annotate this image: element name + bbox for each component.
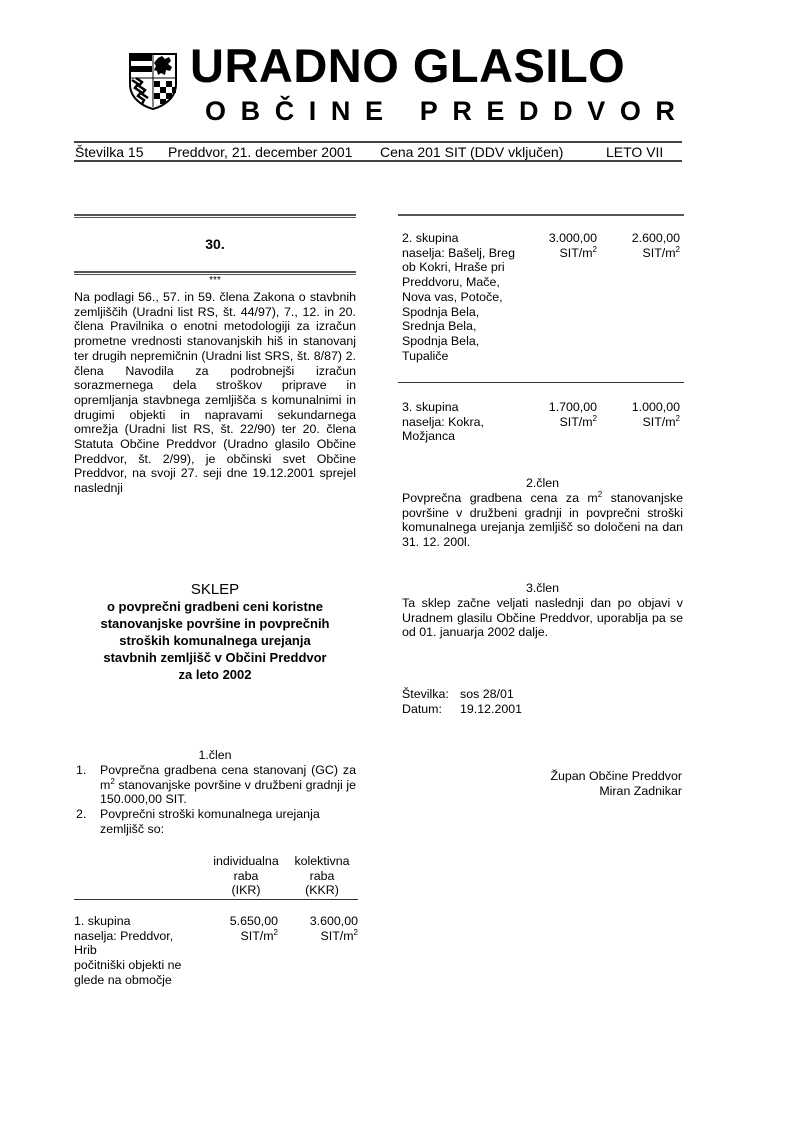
item-text: stanovanjske površine v družbeni gradnji… [100,778,356,807]
list-item: 2. Povprečni stroški komunalnega urejanj… [74,807,356,836]
reference-number-value: sos 28/01 [460,687,514,701]
reference-block: Številka:sos 28/01 Datum:19.12.2001 [402,687,602,716]
item-number: 2. [76,807,86,822]
clen3-text: Ta sklep začne veljati naslednji dan po … [402,596,683,640]
decision-subtitle-line: za leto 2002 [74,666,356,683]
list-item: 1. Povprečna gradbena cena stanovanj (GC… [74,763,356,807]
publication-subtitle: OBČINE PREDDVOR [205,96,690,126]
label-line: Spodnja Bela, [402,305,540,320]
signature-block: Župan Občine Preddvor Miran Zadnikar [482,769,682,798]
decision-subtitle-line: stavbnih zemljišč v Občini Preddvor [74,649,356,666]
item-number: 1. [76,763,86,778]
price-value: 3.000,00 [517,231,597,246]
label-line: počitniški objekti ne [74,958,212,973]
label-line: Spodnja Bela, [402,334,540,349]
issue-place-date: Preddvor, 21. december 2001 [168,143,352,161]
article-number: 30. [74,236,356,252]
publication-title: URADNO GLASILO [190,38,625,94]
price-value: 3.600,00 [278,914,358,929]
header-line: (IKR) [206,883,286,898]
clen3-heading: 3.člen [402,581,683,596]
coat-of-arms-icon [128,52,178,110]
price-value: 2.600,00 [600,231,680,246]
table-row: 2. skupina naselja: Bašelj, Breg ob Kokr… [402,231,684,371]
reference-date-value: 19.12.2001 [460,702,522,716]
column-header-ikr: individualna raba (IKR) [206,854,286,898]
label-line: Preddvoru, Mače, [402,275,540,290]
superscript: 2 [676,245,680,254]
header-line: individualna [206,854,286,869]
label-line: Srednja Bela, [402,319,540,334]
price-ikr: 5.650,00 SIT/m2 [198,914,278,943]
cost-table-header: individualna raba (IKR) kolektivna raba … [74,854,358,900]
label-line: Hrib [74,943,212,958]
label-line: ob Kokri, Hraše pri [402,260,540,275]
header-line: raba [206,869,286,884]
superscript: 2 [354,928,358,937]
decision-subtitle-line: o povprečni gradbeni ceni koristne [74,598,356,615]
table-rule [74,899,358,900]
clen2-heading: 2.člen [402,476,683,491]
clen2-text-part: Povprečna gradbena cena za m [402,491,598,505]
table-rule [398,382,684,383]
issue-number: Številka 15 [75,143,143,161]
column-header-kkr: kolektivna raba (KKR) [286,854,358,898]
superscript: 2 [593,414,597,423]
table-row: 3. skupina naselja: Kokra, Možjanca 1.70… [402,400,684,446]
price-value: 1.700,00 [517,400,597,415]
label-line: Tupaliče [402,349,540,364]
superscript: 2 [593,245,597,254]
clen1-list: 1. Povprečna gradbena cena stanovanj (GC… [74,763,356,837]
label-line: Nova vas, Potoče, [402,290,540,305]
double-rule [74,214,356,218]
price-kkr: 1.000,00 SIT/m2 [600,400,680,429]
price-value: 1.000,00 [600,400,680,415]
decision-subtitle-line: stroških komunalnega urejanja [74,632,356,649]
decision-title: SKLEP [74,581,356,598]
signature-role: Župan Občine Preddvor [482,769,682,784]
price-kkr: 3.600,00 SIT/m2 [278,914,358,943]
table-rule [398,214,684,216]
label-line: naselja: Preddvor, [74,929,212,944]
price-unit: SIT/m [560,415,593,429]
price-ikr: 1.700,00 SIT/m2 [517,400,597,429]
price-kkr: 2.600,00 SIT/m2 [600,231,680,260]
price-unit: SIT/m [643,246,676,260]
price-unit: SIT/m [643,415,676,429]
label-line: Možjanca [402,429,540,444]
clen2-text: Povprečna gradbena cena za m2 stanovanjs… [402,491,683,550]
reference-number-label: Številka: [402,687,460,702]
price-unit: SIT/m [560,246,593,260]
header-line: kolektivna [286,854,358,869]
decision-subtitle-line: stanovanjske površine in povprečnih [74,615,356,632]
item-text: Povprečni stroški komunalnega urejanja z… [100,807,320,836]
price-value: 5.650,00 [198,914,278,929]
reference-date-label: Datum: [402,702,460,717]
price-unit: SIT/m [241,929,274,943]
superscript: 2 [676,414,680,423]
issue-price: Cena 201 SIT (DDV vključen) [380,143,563,161]
preamble-text: Na podlagi 56., 57. in 59. člena Zakona … [74,290,356,496]
issue-volume: LETO VII [606,143,663,161]
price-unit: SIT/m [321,929,354,943]
header-line: raba [286,869,358,884]
price-ikr: 3.000,00 SIT/m2 [517,231,597,260]
decision-subtitle: o povprečni gradbeni ceni koristne stano… [74,598,356,683]
clen1-heading: 1.člen [74,748,356,763]
separator-stars: *** [74,276,356,286]
header-line: (KKR) [286,883,358,898]
group-label: 1. skupina naselja: Preddvor, Hrib počit… [74,914,212,988]
table-row: 1. skupina naselja: Preddvor, Hrib počit… [74,914,358,994]
signature-name: Miran Zadnikar [482,784,682,799]
label-line: glede na območje [74,973,212,988]
issue-info-bar: Številka 15 Preddvor, 21. december 2001 … [74,141,682,162]
label-line: 1. skupina [74,914,212,929]
